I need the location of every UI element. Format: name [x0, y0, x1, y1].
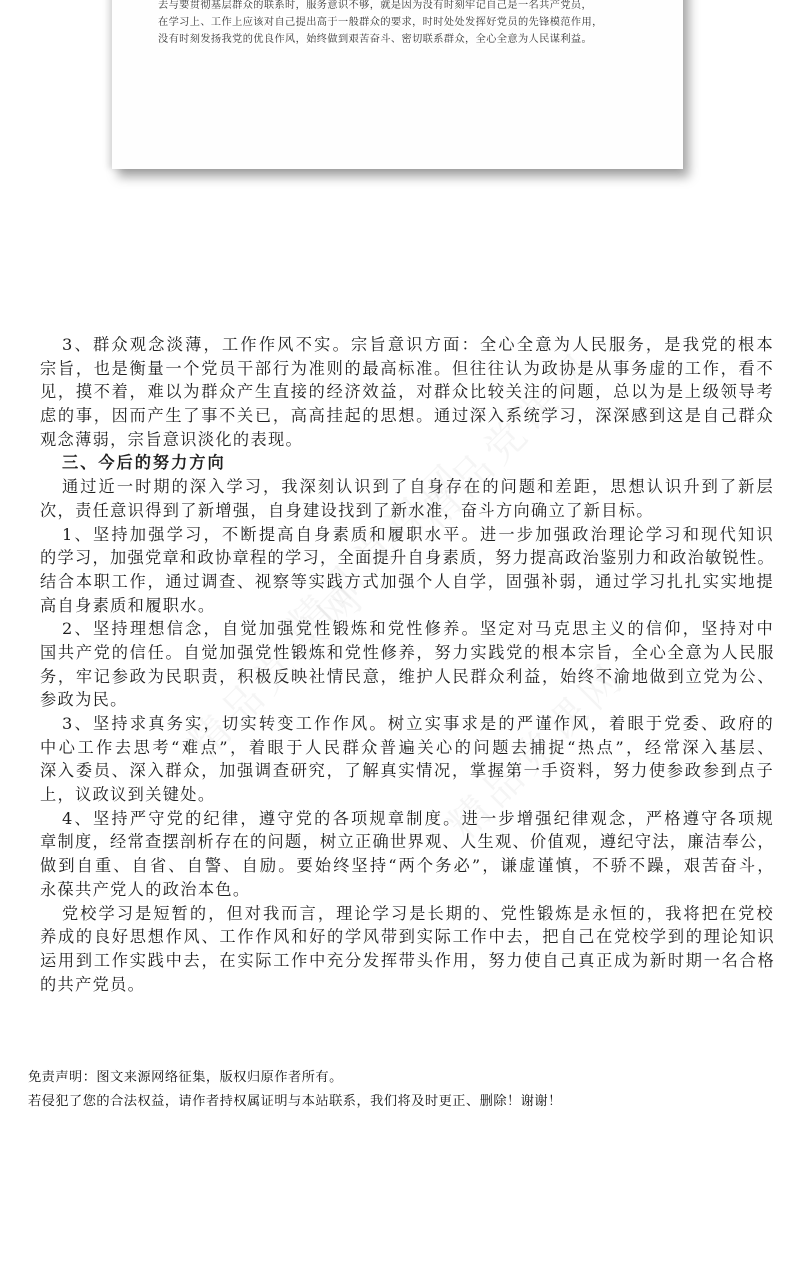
text-line: 章制度，经常查摆剖析存在的问题，树立正确世界观、人生观、价值观，遵纪守法，廉洁奉… [40, 830, 774, 854]
text-line: 宗旨，也是衡量一个党员干部行为准则的最高标准。但往往认为政协是从事务虚的工作，看… [40, 357, 774, 381]
section-heading: 三、今后的努力方向 [62, 451, 774, 475]
text-line: 高自身素质和履职水。 [40, 594, 774, 618]
text-line: 国共产党的信任。自觉加强党性锻炼和党性修养，努力实践党的根本宗旨，全心全意为人民… [40, 641, 774, 665]
paragraph-point-2: 2、坚持理想信念，自觉加强党性锻炼和党性修养。坚定对马克思主义的信仰，坚持对中 … [62, 617, 774, 712]
paragraph-point-3: 3、坚持求真务实，切实转变工作作风。树立实事求是的严谨作风，着眼于党委、政府的 … [62, 712, 774, 807]
disclaimer-line-contact: 若侵犯了您的合法权益，请作者持权属证明与本站联系，我们将及时更正、删除！谢谢！ [28, 1090, 562, 1114]
text-line: 党校学习是短暂的，但对我而言，理论学习是长期的、党性锻炼是永恒的，我将把在党校 [62, 902, 774, 926]
text-line: 务，牢记参政为民职责，积极反映社情民意，维护人民群众利益，始终不渝地做到立党为公… [40, 665, 774, 689]
text-line: 2、坚持理想信念，自觉加强党性锻炼和党性修养。坚定对马克思主义的信仰，坚持对中 [62, 617, 774, 641]
paper-preview-card: 去与要贯彻基层群众的联系时，服务意识不够，就是因为没有时刻牢记自己是一名共产党员… [112, 0, 683, 169]
disclaimer-line-source: 免责声明：图文来源网络征集，版权归原作者所有。 [28, 1066, 562, 1090]
paragraph-conclusion: 党校学习是短暂的，但对我而言，理论学习是长期的、党性锻炼是永恒的，我将把在党校 … [62, 902, 774, 997]
text-line: 参政为民。 [40, 688, 774, 712]
text-line: 结合本职工作，通过调查、视察等实践方式加强个人自学，固强补弱，通过学习扎扎实实地… [40, 570, 774, 594]
text-line: 中心工作去思考“难点”，着眼于人民群众普遍关心的问题去捕捉“热点”，经常深入基层… [40, 736, 774, 760]
document-body: 3、群众观念淡薄，工作作风不实。宗旨意识方面：全心全意为人民服务，是我党的根本 … [62, 333, 774, 996]
text-line: 3、坚持求真务实，切实转变工作作风。树立实事求是的严谨作风，着眼于党委、政府的 [62, 712, 774, 736]
text-line: 深入委员、深入群众，加强调查研究，了解真实情况，掌握第一手资料，努力使参政参到点… [40, 759, 774, 783]
text-line: 4、坚持严守党的纪律，遵守党的各项规章制度。进一步增强纪律观念，严格遵守各项规 [62, 807, 774, 831]
text-line: 永葆共产党人的政治本色。 [40, 878, 774, 902]
disclaimer: 免责声明：图文来源网络征集，版权归原作者所有。 若侵犯了您的合法权益，请作者持权… [28, 1066, 562, 1114]
paper-preview-line: 去与要贯彻基层群众的联系时，服务意识不够，就是因为没有时刻牢记自己是一名共产党员… [158, 0, 648, 14]
text-line: 见，摸不着，难以为群众产生直接的经济效益，对群众比较关注的问题，总以为是上级领导… [40, 380, 774, 404]
text-line: 1、坚持加强学习，不断提高自身素质和履职水平。进一步加强政治理论学习和现代知识 [62, 523, 774, 547]
text-line: 养成的良好思想作风、工作作风和好的学风带到实际工作中去，把自己在党校学到的理论知… [40, 925, 774, 949]
text-line: 上，议政议到关键处。 [40, 783, 774, 807]
text-line: 虑的事，因而产生了事不关已，高高挂起的思想。通过深入系统学习，深深感到这是自己群… [40, 404, 774, 428]
text-line: 的学习，加强党章和政协章程的学习，全面提升自身素质，努力提高政治鉴别力和政治敏锐… [40, 546, 774, 570]
text-line: 观念薄弱，宗旨意识淡化的表现。 [40, 428, 774, 452]
paper-preview-line: 没有时刻发扬我党的优良作风，始终做到艰苦奋斗、密切联系群众，全心全意为人民谋利益… [158, 31, 648, 48]
text-line: 3、群众观念淡薄，工作作风不实。宗旨意识方面：全心全意为人民服务，是我党的根本 [62, 333, 774, 357]
paragraph-intro: 通过近一时期的深入学习，我深刻认识到了自身存在的问题和差距，思想认识升到了新层 … [62, 475, 774, 522]
paper-preview-text: 去与要贯彻基层群众的联系时，服务意识不够，就是因为没有时刻牢记自己是一名共产党员… [158, 0, 648, 48]
text-line: 的共产党员。 [40, 973, 774, 997]
paragraph-mass-perspective: 3、群众观念淡薄，工作作风不实。宗旨意识方面：全心全意为人民服务，是我党的根本 … [62, 333, 774, 451]
text-line: 次，责任意识得到了新增强，自身建设找到了新水准，奋斗方向确立了新目标。 [40, 499, 774, 523]
text-line: 做到自重、自省、自警、自励。要始终坚持“两个务必”，谦虚谨慎，不骄不躁，艰苦奋斗… [40, 854, 774, 878]
paragraph-point-4: 4、坚持严守党的纪律，遵守党的各项规章制度。进一步增强纪律观念，严格遵守各项规 … [62, 807, 774, 902]
paragraph-point-1: 1、坚持加强学习，不断提高自身素质和履职水平。进一步加强政治理论学习和现代知识 … [62, 523, 774, 618]
paper-preview-line: 在学习上、工作上应该对自己提出高于一般群众的要求，时时处处发挥好党员的先锋模范作… [158, 14, 648, 31]
text-line: 运用到工作实践中去，在实际工作中充分发挥带头作用，努力使自己真正成为新时期一名合… [40, 949, 774, 973]
text-line: 通过近一时期的深入学习，我深刻认识到了自身存在的问题和差距，思想认识升到了新层 [62, 475, 774, 499]
